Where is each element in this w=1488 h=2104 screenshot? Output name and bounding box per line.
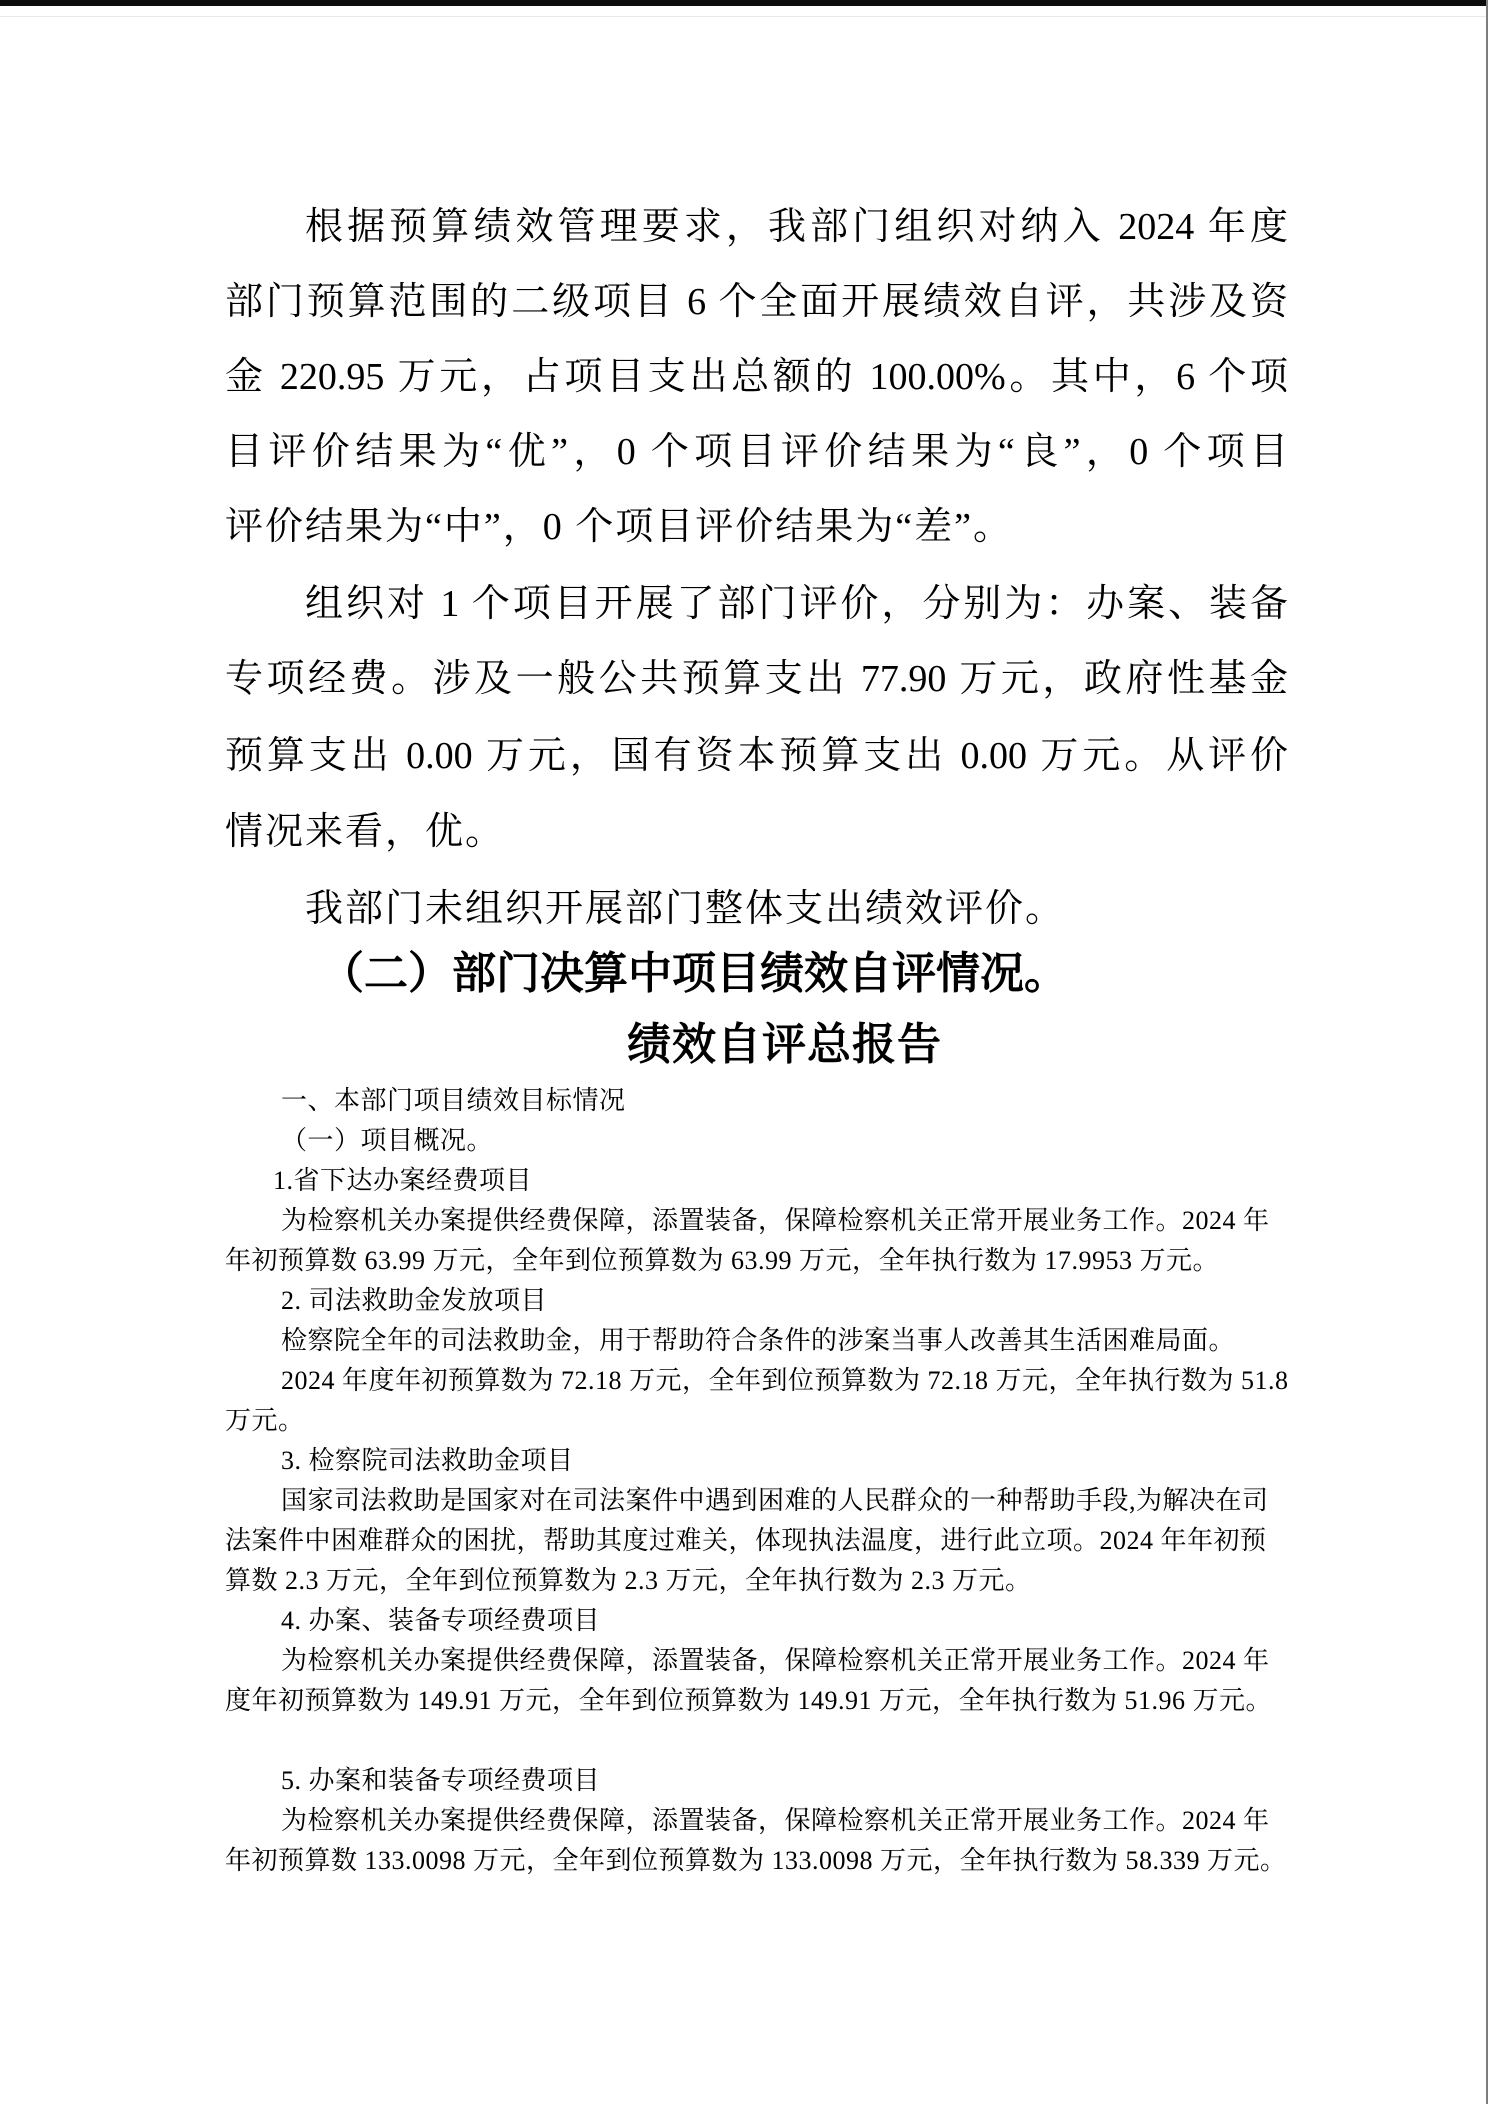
intro-text-line: 情况来看，优。: [225, 795, 1288, 870]
report-text-line: 度年初预算数为 149.91 万元，全年到位预算数为 149.91 万元，全年执…: [225, 1681, 1288, 1721]
report-text-line: 为检察机关办案提供经费保障，添置装备，保障检察机关正常开展业务工作。2024 年: [225, 1641, 1288, 1681]
document-page: 根据预算绩效管理要求，我部门组织对纳入 2024 年度部门预算范围的二级项目 6…: [0, 0, 1488, 2104]
intro-text-line: 组织对 1 个项目开展了部门评价，分别为：办案、装备: [225, 567, 1288, 642]
intro-text-line: 预算支出 0.00 万元，国有资本预算支出 0.00 万元。从评价: [225, 719, 1288, 794]
report-text-line: 5. 办案和装备专项经费项目: [225, 1761, 1288, 1801]
report-text-line: 年初预算数 133.0098 万元，全年到位预算数为 133.0098 万元，全…: [225, 1841, 1288, 1881]
intro-text-line: 我部门未组织开展部门整体支出绩效评价。: [225, 872, 1288, 947]
report-title: 绩效自评总报告: [253, 1015, 1316, 1075]
page-top-hairline: [0, 16, 1488, 17]
report-text-line: 年初预算数 63.99 万元，全年到位预算数为 63.99 万元，全年执行数为 …: [225, 1241, 1288, 1281]
report-text-line: 1.省下达办案经费项目: [225, 1161, 1288, 1201]
report-text-line: 3. 检察院司法救助金项目: [225, 1441, 1288, 1481]
report-text-line: 为检察机关办案提供经费保障，添置装备，保障检察机关正常开展业务工作。2024 年: [225, 1801, 1288, 1841]
intro-text-line: 根据预算绩效管理要求，我部门组织对纳入 2024 年度: [225, 190, 1288, 265]
intro-text-line: 专项经费。涉及一般公共预算支出 77.90 万元，政府性基金: [225, 642, 1288, 717]
report-text-line: 算数 2.3 万元，全年到位预算数为 2.3 万元，全年执行数为 2.3 万元。: [225, 1561, 1288, 1601]
report-text-line: 万元。: [225, 1401, 1288, 1441]
report-text-line: 检察院全年的司法救助金，用于帮助符合条件的涉案当事人改善其生活困难局面。: [225, 1321, 1288, 1361]
intro-text-line: 评价结果为“中”，0 个项目评价结果为“差”。: [225, 490, 1288, 565]
intro-text-line: 部门预算范围的二级项目 6 个全面开展绩效自评，共涉及资: [225, 265, 1288, 340]
section-heading: （二）部门决算中项目绩效自评情况。: [225, 944, 1288, 1004]
window-top-edge: [0, 0, 1488, 6]
report-text-line: 4. 办案、装备专项经费项目: [225, 1601, 1288, 1641]
report-text-line: 法案件中困难群众的困扰，帮助其度过难关，体现执法温度，进行此立项。2024 年年…: [225, 1521, 1288, 1561]
report-text-line: 一、本部门项目绩效目标情况: [225, 1081, 1288, 1121]
intro-text-line: 金 220.95 万元，占项目支出总额的 100.00%。其中，6 个项: [225, 340, 1288, 415]
report-text-line: 为检察机关办案提供经费保障，添置装备，保障检察机关正常开展业务工作。2024 年: [225, 1201, 1288, 1241]
report-text-line: 2024 年度年初预算数为 72.18 万元，全年到位预算数为 72.18 万元…: [225, 1361, 1288, 1401]
report-text-line: 2. 司法救助金发放项目: [225, 1281, 1288, 1321]
intro-text-line: 目评价结果为“优”，0 个项目评价结果为“良”，0 个项目: [225, 415, 1288, 490]
report-text-line: （一）项目概况。: [225, 1121, 1288, 1161]
report-text-line: 国家司法救助是国家对在司法案件中遇到困难的人民群众的一种帮助手段,为解决在司: [225, 1481, 1288, 1521]
